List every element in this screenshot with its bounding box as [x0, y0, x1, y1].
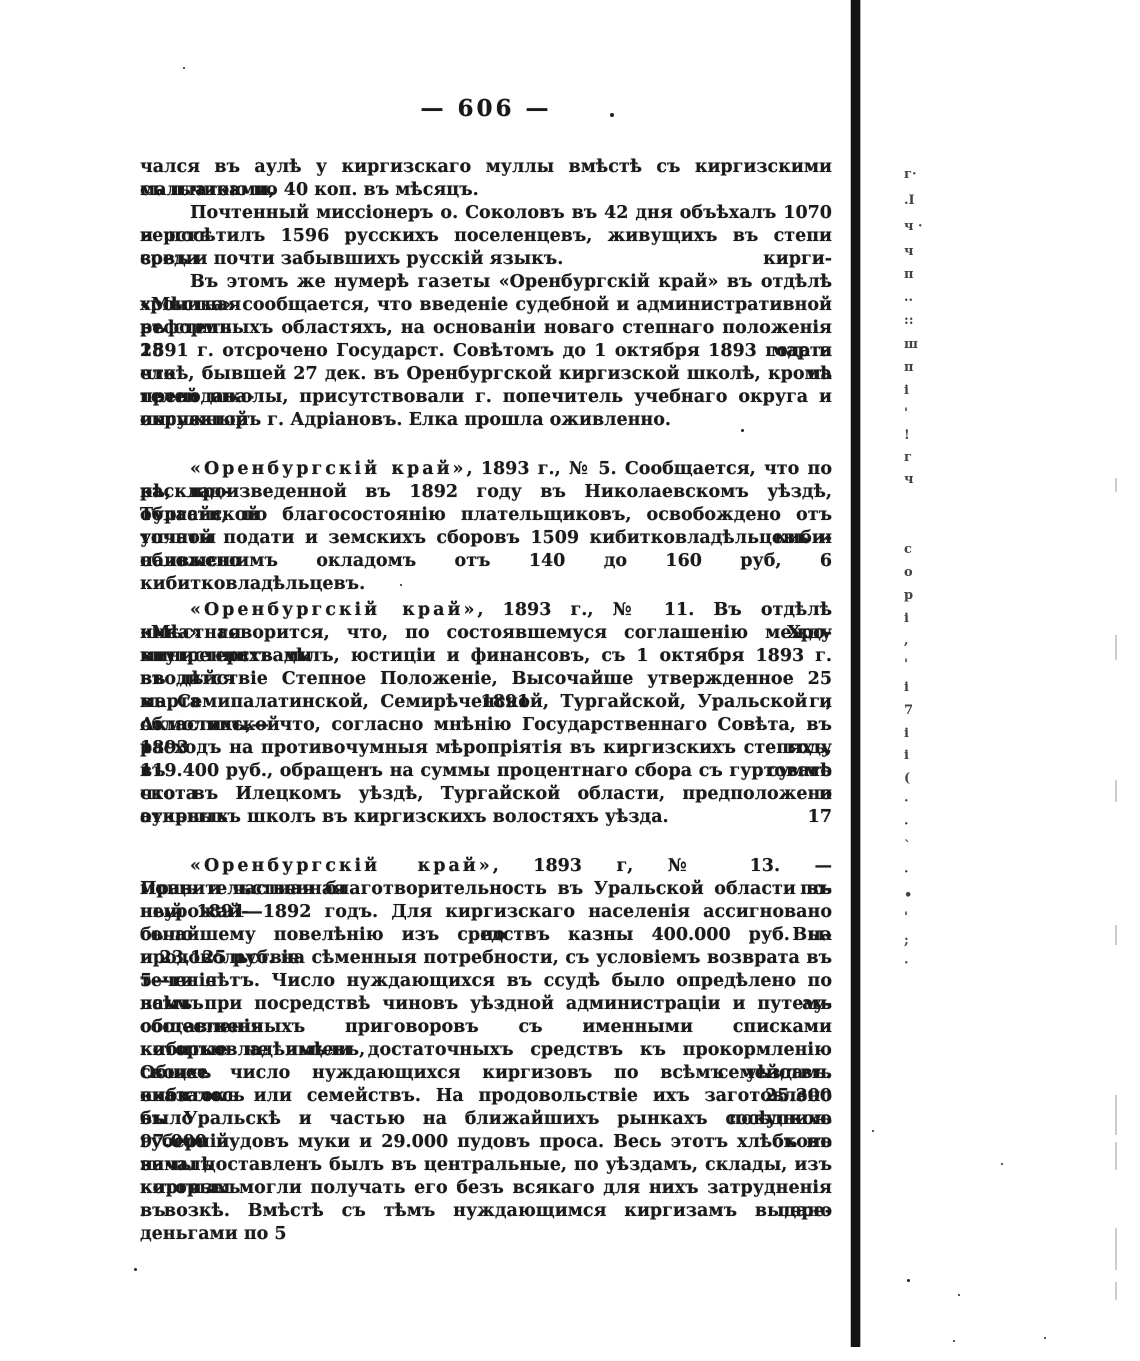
- newspaper-title: «Оренбургскій край»: [190, 856, 493, 876]
- bleed-through-glyph: і: [904, 612, 926, 626]
- bleed-through-glyph: ш: [904, 338, 926, 352]
- bleed-through-glyph: `: [904, 840, 926, 854]
- text-line: зимы доставленъ былъ въ центральные, по …: [140, 1154, 832, 1177]
- text-line: «Оренбургскій край», 1893 г, № 13. — Пра…: [140, 855, 832, 878]
- scan-speck: [953, 1340, 955, 1342]
- text-line: инспекторъ г. Адріановъ. Елка прошла ожи…: [140, 409, 832, 432]
- paragraph: Въ этомъ же нумерѣ газеты «Оренбургскій …: [140, 271, 832, 432]
- bleed-through-glyph: ': [904, 911, 926, 925]
- text-line: въ Уральскѣ и частью на ближайшихъ рынка…: [140, 1108, 832, 1131]
- bleed-through-glyph: і: [904, 727, 926, 741]
- text-line: которые не имѣли достаточныхъ средствъ к…: [140, 1039, 832, 1062]
- text-line: елкѣ, бывшей 27 дек. въ Оренбургской кир…: [140, 363, 832, 386]
- scan-speck: [872, 1130, 874, 1132]
- bleed-through-glyph: ·: [904, 957, 926, 971]
- bleed-through-glyph: ·: [904, 795, 926, 809]
- bleed-through-glyph: р: [904, 589, 926, 603]
- bleed-through-glyph: ::: [904, 314, 926, 328]
- text-line: въ степныхъ областяхъ, на основаніи нова…: [140, 317, 832, 340]
- text-line: «Оренбургскій край», 1893 г., № 5. Сообщ…: [140, 458, 832, 481]
- edge-dash: [1115, 1095, 1117, 1135]
- paragraph: чался въ аулѣ у киргизскаго муллы вмѣстѣ…: [140, 156, 832, 202]
- text-line: . возкѣ. Вмѣстѣ съ тѣмъ нуждающимся кирг…: [140, 1200, 832, 1223]
- text-line: расходъ на противочумныя мѣропріятія въ …: [140, 737, 832, 760]
- text-line: и посѣтилъ 1596 русскихъ поселенцевъ, жи…: [140, 225, 832, 248]
- scan-speck: [958, 1294, 960, 1296]
- text-line: чался въ аулѣ у киргизскаго муллы вмѣстѣ…: [140, 156, 832, 179]
- text-line: областяхъ,— что, согласно мнѣнію Государ…: [140, 714, 832, 737]
- text-line: «Оренбургскій край», 1893 г., № 11. Въ о…: [140, 599, 832, 622]
- text-block: чался въ аулѣ у киргизскаго муллы вмѣстѣ…: [140, 156, 832, 1223]
- text-line: общественныхъ приговоровъ съ именными сп…: [140, 1016, 832, 1039]
- text-line: хроника» сообщается, что введеніе судебн…: [140, 294, 832, 317]
- bleed-through-glyph: і: [904, 681, 926, 695]
- text-line: наивысшимъ окладомъ отъ 140 до 160 руб, …: [140, 550, 832, 573]
- text-line: Общее число нуждающихся киргизовъ по всѣ…: [140, 1062, 832, 1085]
- newspaper-title: «Оренбургскій край»: [190, 600, 477, 620]
- text-line: ный 1891—1892 годъ. Для киргизскаго насе…: [140, 901, 832, 924]
- bleed-through-glyph: ..: [904, 291, 926, 305]
- text-line: и 23.125 руб. на сѣменныя потребности, с…: [140, 947, 832, 970]
- text-line: ламъ при посредствѣ чиновъ уѣздной админ…: [140, 993, 832, 1016]
- scan-speck: [400, 584, 402, 586]
- text-line: сочайшему повелѣнію изъ средствъ казны 4…: [140, 924, 832, 947]
- bleed-through-glyph: о: [904, 566, 926, 580]
- scan-speck: [741, 429, 744, 432]
- page-number: — 606 —: [140, 95, 832, 122]
- bleed-through-glyph: ·: [904, 818, 926, 832]
- bleed-through-glyph: ,: [904, 634, 926, 648]
- edge-dash: [1115, 780, 1117, 802]
- newspaper-title: «Оренбургскій край»: [190, 459, 467, 479]
- text-line: въ Семипалатинской, Семирѣченской, Турга…: [140, 691, 832, 714]
- text-line: области, по благосостоянію плательщиковъ…: [140, 504, 832, 527]
- paragraph: «Оренбургскій край», 1893 г., № 11. Въ о…: [140, 599, 832, 829]
- text-line: киргизы могли получать его безъ всякаго …: [140, 1177, 832, 1200]
- scanned-book-page: — 606 — чался въ аулѣ у киргизскаго мулл…: [0, 0, 1140, 1361]
- edge-dash: [1115, 478, 1117, 492]
- text-line: что въ Илецкомъ уѣздѣ, Тургайской област…: [140, 783, 832, 806]
- text-line: телей школы, присутствовали г. попечител…: [140, 386, 832, 409]
- bleed-through-glyph: .І: [904, 194, 926, 208]
- bleed-through-glyph: ': [904, 658, 926, 672]
- text-line: ника» говорится, что, по состоявшемуся с…: [140, 622, 832, 645]
- text-line: 119.400 руб., обращенъ на суммы процентн…: [140, 760, 832, 783]
- bleed-through-glyph: ч: [904, 245, 926, 259]
- bleed-through-glyph: с: [904, 543, 926, 557]
- scan-speck: [521, 279, 523, 281]
- bleed-through-glyph: г·: [904, 168, 926, 182]
- edge-dash: [1115, 925, 1117, 945]
- text-line: точной подати и земскихъ сборовъ 1509 ки…: [140, 527, 832, 550]
- edge-dash: [1115, 635, 1117, 660]
- edge-dash: [1115, 1142, 1117, 1170]
- paragraph: Почтенный миссіонеръ о. Соколовъ въ 42 д…: [140, 202, 832, 271]
- bleed-through-glyph: 7: [904, 704, 926, 718]
- bleed-through-glyph: ': [904, 407, 926, 421]
- bleed-through-glyph: ч: [904, 473, 926, 487]
- text-line: кибитокъ или семействъ. На продовольстві…: [140, 1085, 832, 1108]
- edge-dash: [1115, 1282, 1117, 1300]
- text-line: въ дѣйствіе Степное Положеніе, Высочайше…: [140, 668, 832, 691]
- paragraph: «Оренбургскій край», 1893 г., № 5. Сообщ…: [140, 458, 832, 573]
- bleed-through-glyph: і: [904, 749, 926, 763]
- scan-speck: [610, 113, 614, 117]
- scan-speck: [498, 1005, 500, 1007]
- text-line: 97.000 пудовъ муки и 29.000 пудовъ проса…: [140, 1131, 832, 1154]
- text-line: мощь и частная благотворительность въ Ур…: [140, 878, 832, 901]
- text-line: 1891 г. отсрочено Государст. Совѣтомъ до…: [140, 340, 832, 363]
- text-line: внутреннихъ дѣлъ, юстиціи и финансовъ, с…: [140, 645, 832, 668]
- bleed-through-glyph: і: [904, 384, 926, 398]
- text-line: кѣ, произведенной въ 1892 году въ Никола…: [140, 481, 832, 504]
- bleed-through-glyph: г: [904, 451, 926, 465]
- bleed-through-glyph: ;: [904, 934, 926, 948]
- text-line: 5—ти лѣтъ. Число нуждающихся въ ссудѣ бы…: [140, 970, 832, 993]
- edge-dash: [1115, 1228, 1117, 1270]
- bleed-through-glyph: •: [904, 889, 926, 903]
- text-line: Почтенный миссіонеръ о. Соколовъ въ 42 д…: [140, 202, 832, 225]
- scan-speck: [1001, 1163, 1003, 1165]
- bleed-through-glyph: ·: [904, 866, 926, 880]
- bleed-through-glyph: ч ·: [904, 220, 926, 234]
- text-line: съ платою по 40 коп. въ мѣсяцъ.: [140, 179, 832, 202]
- bleed-through-glyph: п: [904, 361, 926, 375]
- book-gutter-bar: [851, 0, 860, 1347]
- scan-speck: [1044, 1337, 1046, 1339]
- scan-speck: [907, 1279, 910, 1282]
- text-line: Въ этомъ же нумерѣ газеты «Оренбургскій …: [140, 271, 832, 294]
- scan-speck: [134, 1268, 137, 1271]
- scan-speck: [183, 67, 185, 69]
- bleed-through-glyph: !: [904, 429, 926, 443]
- paragraph: «Оренбургскій край», 1893 г, № 13. — Пра…: [140, 855, 832, 1223]
- bleed-through-glyph: (: [904, 772, 926, 786]
- bleed-through-glyph: п: [904, 268, 926, 282]
